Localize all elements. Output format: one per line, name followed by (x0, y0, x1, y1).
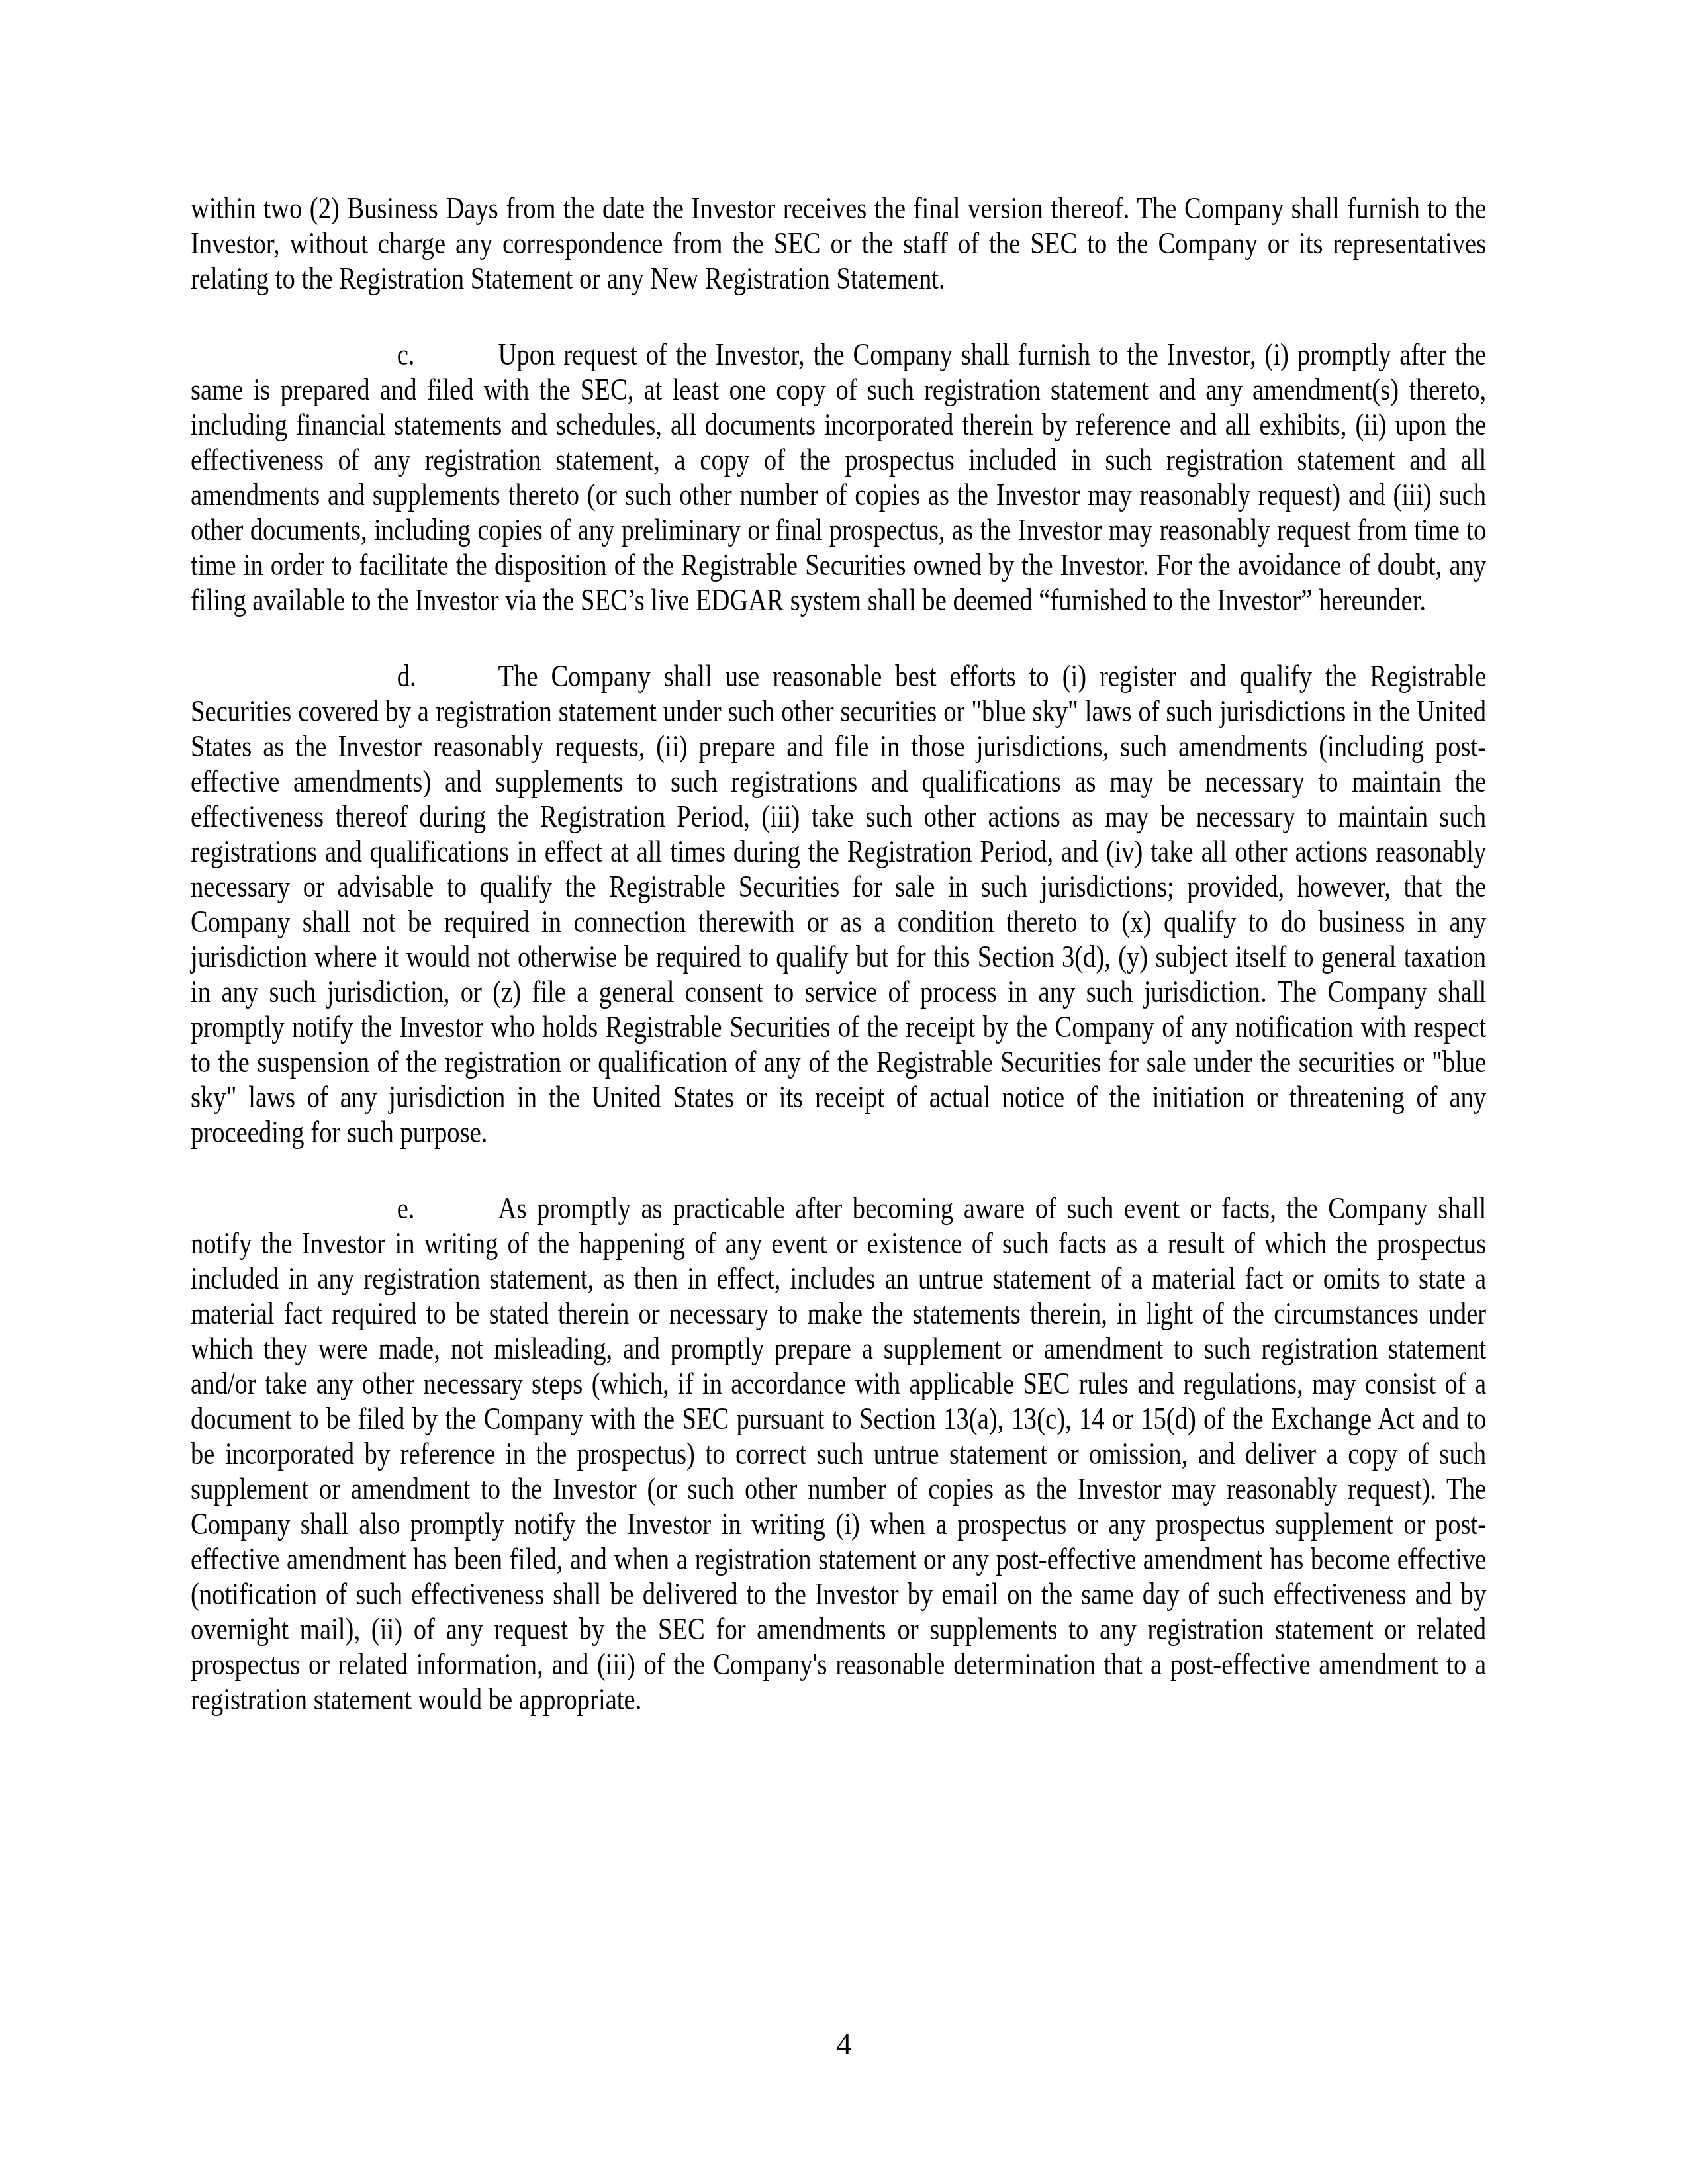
paragraph-e-label: e. (397, 1191, 498, 1226)
paragraph-continuation: within two (2) Business Days from the da… (191, 191, 1486, 296)
document-text-block: within two (2) Business Days from the da… (191, 191, 1486, 1758)
page-number: 4 (0, 2026, 1688, 2062)
paragraph-e: e.As promptly as practicable after becom… (191, 1191, 1486, 1717)
paragraph-d-label: d. (397, 659, 498, 694)
paragraph-c-text: Upon request of the Investor, the Compan… (191, 338, 1486, 617)
paragraph-d: d.The Company shall use reasonable best … (191, 659, 1486, 1150)
paragraph-continuation-text: within two (2) Business Days from the da… (191, 191, 1486, 295)
paragraph-d-text: The Company shall use reasonable best ef… (191, 659, 1486, 1149)
paragraph-c-label: c. (397, 337, 498, 372)
paragraph-e-text: As promptly as practicable after becomin… (191, 1191, 1486, 1716)
paragraph-c: c.Upon request of the Investor, the Comp… (191, 337, 1486, 617)
document-page: within two (2) Business Days from the da… (0, 0, 1688, 2184)
